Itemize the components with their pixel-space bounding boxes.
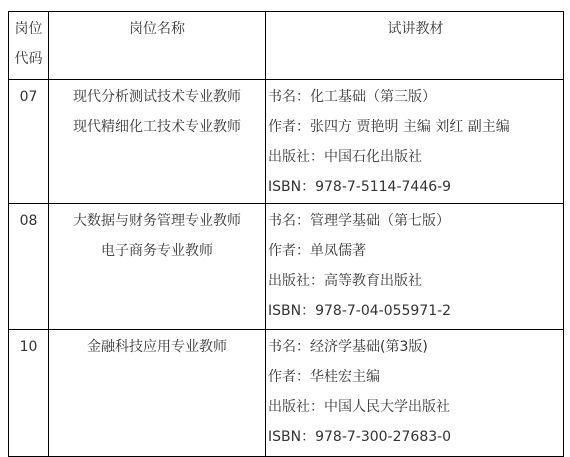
textbook-info: 书名：化工基础（第三版） 作者：张四方 贾艳明 主编 刘红 副主编 出版社：中国… [266,80,564,204]
position-name: 现代分析测试技术专业教师 [49,82,265,112]
code-text: 07 [9,82,48,112]
header-textbook: 试讲教材 [266,12,564,80]
book-isbn: ISBN：978-7-5114-7446-9 [268,172,563,202]
book-publisher: 出版社：中国人民大学出版社 [268,392,563,422]
book-author: 作者：华桂宏主编 [268,362,563,392]
position-names: 大数据与财务管理专业教师 电子商务专业教师 [49,204,266,330]
header-code-line-2: 代码 [9,44,48,74]
position-name: 现代精细化工技术专业教师 [49,112,265,142]
book-publisher: 出版社：中国石化出版社 [268,142,563,172]
position-name: 电子商务专业教师 [49,236,265,266]
position-code: 08 [9,204,49,330]
header-row: 岗位 代码 岗位名称 试讲教材 [9,12,564,80]
position-names: 金融科技应用专业教师 [49,330,266,457]
table-row: 10 金融科技应用专业教师 书名：经济学基础(第3版) 作者：华桂宏主编 出版社… [9,330,564,457]
header-book-text: 试讲教材 [268,14,563,44]
book-isbn: ISBN：978-7-300-27683-0 [268,422,563,452]
book-title: 书名：经济学基础(第3版) [268,332,563,362]
position-names: 现代分析测试技术专业教师 现代精细化工技术专业教师 [49,80,266,204]
position-code: 10 [9,330,49,457]
code-text: 10 [9,332,48,362]
position-name: 金融科技应用专业教师 [49,332,265,362]
position-code: 07 [9,80,49,204]
book-author: 作者：单凤儒著 [268,236,563,266]
book-publisher: 出版社：高等教育出版社 [268,266,563,296]
textbook-info: 书名：管理学基础（第七版） 作者：单凤儒著 出版社：高等教育出版社 ISBN：9… [266,204,564,330]
book-title: 书名：管理学基础（第七版） [268,206,563,236]
table-row: 07 现代分析测试技术专业教师 现代精细化工技术专业教师 书名：化工基础（第三版… [9,80,564,204]
table-row: 08 大数据与财务管理专业教师 电子商务专业教师 书名：管理学基础（第七版） 作… [9,204,564,330]
book-title: 书名：化工基础（第三版） [268,82,563,112]
book-isbn: ISBN：978-7-04-055971-2 [268,296,563,326]
position-name: 大数据与财务管理专业教师 [49,206,265,236]
book-author: 作者：张四方 贾艳明 主编 刘红 副主编 [268,112,563,142]
header-position-code: 岗位 代码 [9,12,49,80]
textbook-info: 书名：经济学基础(第3版) 作者：华桂宏主编 出版社：中国人民大学出版社 ISB… [266,330,564,457]
header-position-name: 岗位名称 [49,12,266,80]
header-name-text: 岗位名称 [49,14,265,44]
code-text: 08 [9,206,48,236]
header-code-line-1: 岗位 [9,14,48,44]
textbook-table: 岗位 代码 岗位名称 试讲教材 07 现代分析测试技术专业教师 现代精细化工技术… [8,11,564,457]
